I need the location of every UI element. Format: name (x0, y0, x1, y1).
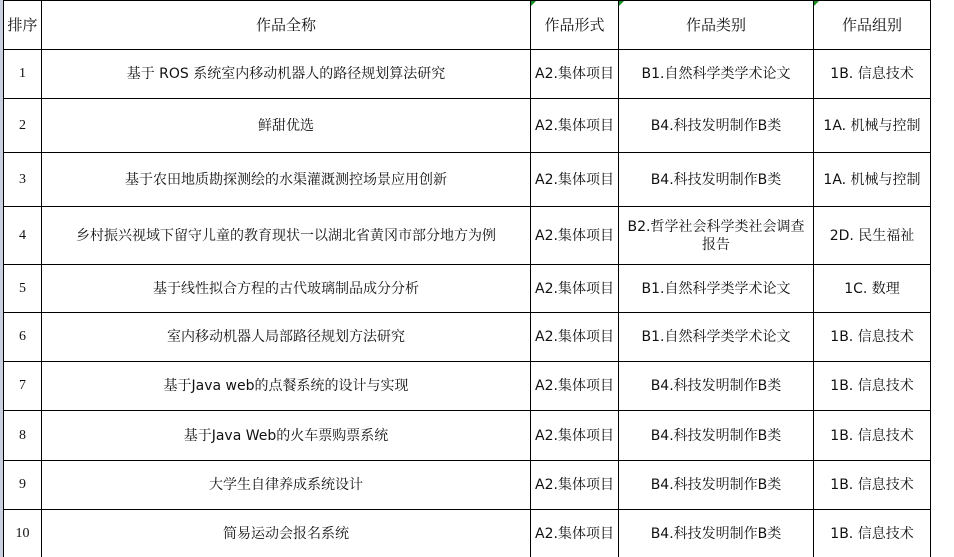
group-cell[interactable]: 1A. 机械与控制 (814, 99, 931, 153)
name-cell[interactable]: 简易运动会报名系统 (42, 510, 531, 557)
rank-cell[interactable]: 4 (4, 207, 42, 265)
name-cell[interactable]: 基于Java web的点餐系统的设计与实现 (42, 362, 531, 411)
rank-cell[interactable]: 5 (4, 265, 42, 313)
group-cell[interactable]: 1C. 数理 (814, 265, 931, 313)
table-row: 1 基于 ROS 系统室内移动机器人的路径规划算法研究 A2.集体项目 B1.自… (4, 50, 931, 99)
awards-table: 排序 作品全称 作品形式 作品类别 作品组别 1 基于 ROS 系统室内移动机器… (3, 0, 931, 557)
form-cell[interactable]: A2.集体项目 (531, 153, 619, 207)
table-row: 9 大学生自律养成系统设计 A2.集体项目 B4.科技发明制作B类 1B. 信息… (4, 461, 931, 510)
name-cell[interactable]: 基于农田地质勘探测绘的水渠灌溉测控场景应用创新 (42, 153, 531, 207)
rank-cell[interactable]: 3 (4, 153, 42, 207)
name-cell[interactable]: 乡村振兴视域下留守儿童的教育现状一以湖北省黄冈市部分地方为例 (42, 207, 531, 265)
rank-cell[interactable]: 10 (4, 510, 42, 557)
group-cell[interactable]: 1B. 信息技术 (814, 313, 931, 362)
table-row: 3 基于农田地质勘探测绘的水渠灌溉测控场景应用创新 A2.集体项目 B4.科技发… (4, 153, 931, 207)
category-cell[interactable]: B4.科技发明制作B类 (619, 362, 814, 411)
rank-cell[interactable]: 2 (4, 99, 42, 153)
header-group[interactable]: 作品组别 (814, 1, 931, 50)
rank-cell[interactable]: 7 (4, 362, 42, 411)
category-cell[interactable]: B4.科技发明制作B类 (619, 99, 814, 153)
table-row: 10 简易运动会报名系统 A2.集体项目 B4.科技发明制作B类 1B. 信息技… (4, 510, 931, 557)
form-cell[interactable]: A2.集体项目 (531, 50, 619, 99)
table-row: 8 基于Java Web的火车票购票系统 A2.集体项目 B4.科技发明制作B类… (4, 411, 931, 461)
header-form[interactable]: 作品形式 (531, 1, 619, 50)
rank-cell[interactable]: 6 (4, 313, 42, 362)
group-cell[interactable]: 2D. 民生福祉 (814, 207, 931, 265)
rank-cell[interactable]: 9 (4, 461, 42, 510)
form-cell[interactable]: A2.集体项目 (531, 313, 619, 362)
category-cell[interactable]: B1.自然科学类学术论文 (619, 313, 814, 362)
group-cell[interactable]: 1B. 信息技术 (814, 461, 931, 510)
form-cell[interactable]: A2.集体项目 (531, 461, 619, 510)
form-cell[interactable]: A2.集体项目 (531, 99, 619, 153)
category-cell[interactable]: B4.科技发明制作B类 (619, 510, 814, 557)
form-cell[interactable]: A2.集体项目 (531, 411, 619, 461)
header-row: 排序 作品全称 作品形式 作品类别 作品组别 (4, 1, 931, 50)
category-cell[interactable]: B2.哲学社会科学类社会调查报告 (619, 207, 814, 265)
name-cell[interactable]: 室内移动机器人局部路径规划方法研究 (42, 313, 531, 362)
category-cell[interactable]: B4.科技发明制作B类 (619, 461, 814, 510)
group-cell[interactable]: 1A. 机械与控制 (814, 153, 931, 207)
category-cell[interactable]: B4.科技发明制作B类 (619, 411, 814, 461)
header-rank[interactable]: 排序 (4, 1, 42, 50)
name-cell[interactable]: 基于Java Web的火车票购票系统 (42, 411, 531, 461)
category-cell[interactable]: B1.自然科学类学术论文 (619, 50, 814, 99)
table-row: 7 基于Java web的点餐系统的设计与实现 A2.集体项目 B4.科技发明制… (4, 362, 931, 411)
rank-cell[interactable]: 1 (4, 50, 42, 99)
category-cell[interactable]: B1.自然科学类学术论文 (619, 265, 814, 313)
rank-cell[interactable]: 8 (4, 411, 42, 461)
header-name[interactable]: 作品全称 (42, 1, 531, 50)
group-cell[interactable]: 1B. 信息技术 (814, 411, 931, 461)
category-cell[interactable]: B4.科技发明制作B类 (619, 153, 814, 207)
group-cell[interactable]: 1B. 信息技术 (814, 50, 931, 99)
name-cell[interactable]: 鲜甜优选 (42, 99, 531, 153)
group-cell[interactable]: 1B. 信息技术 (814, 362, 931, 411)
form-cell[interactable]: A2.集体项目 (531, 265, 619, 313)
form-cell[interactable]: A2.集体项目 (531, 362, 619, 411)
name-cell[interactable]: 基于 ROS 系统室内移动机器人的路径规划算法研究 (42, 50, 531, 99)
header-category[interactable]: 作品类别 (619, 1, 814, 50)
group-cell[interactable]: 1B. 信息技术 (814, 510, 931, 557)
name-cell[interactable]: 大学生自律养成系统设计 (42, 461, 531, 510)
form-cell[interactable]: A2.集体项目 (531, 510, 619, 557)
form-cell[interactable]: A2.集体项目 (531, 207, 619, 265)
table-row: 5 基于线性拟合方程的古代玻璃制品成分分析 A2.集体项目 B1.自然科学类学术… (4, 265, 931, 313)
name-cell[interactable]: 基于线性拟合方程的古代玻璃制品成分分析 (42, 265, 531, 313)
table-row: 6 室内移动机器人局部路径规划方法研究 A2.集体项目 B1.自然科学类学术论文… (4, 313, 931, 362)
table-row: 2 鲜甜优选 A2.集体项目 B4.科技发明制作B类 1A. 机械与控制 (4, 99, 931, 153)
table-row: 4 乡村振兴视域下留守儿童的教育现状一以湖北省黄冈市部分地方为例 A2.集体项目… (4, 207, 931, 265)
